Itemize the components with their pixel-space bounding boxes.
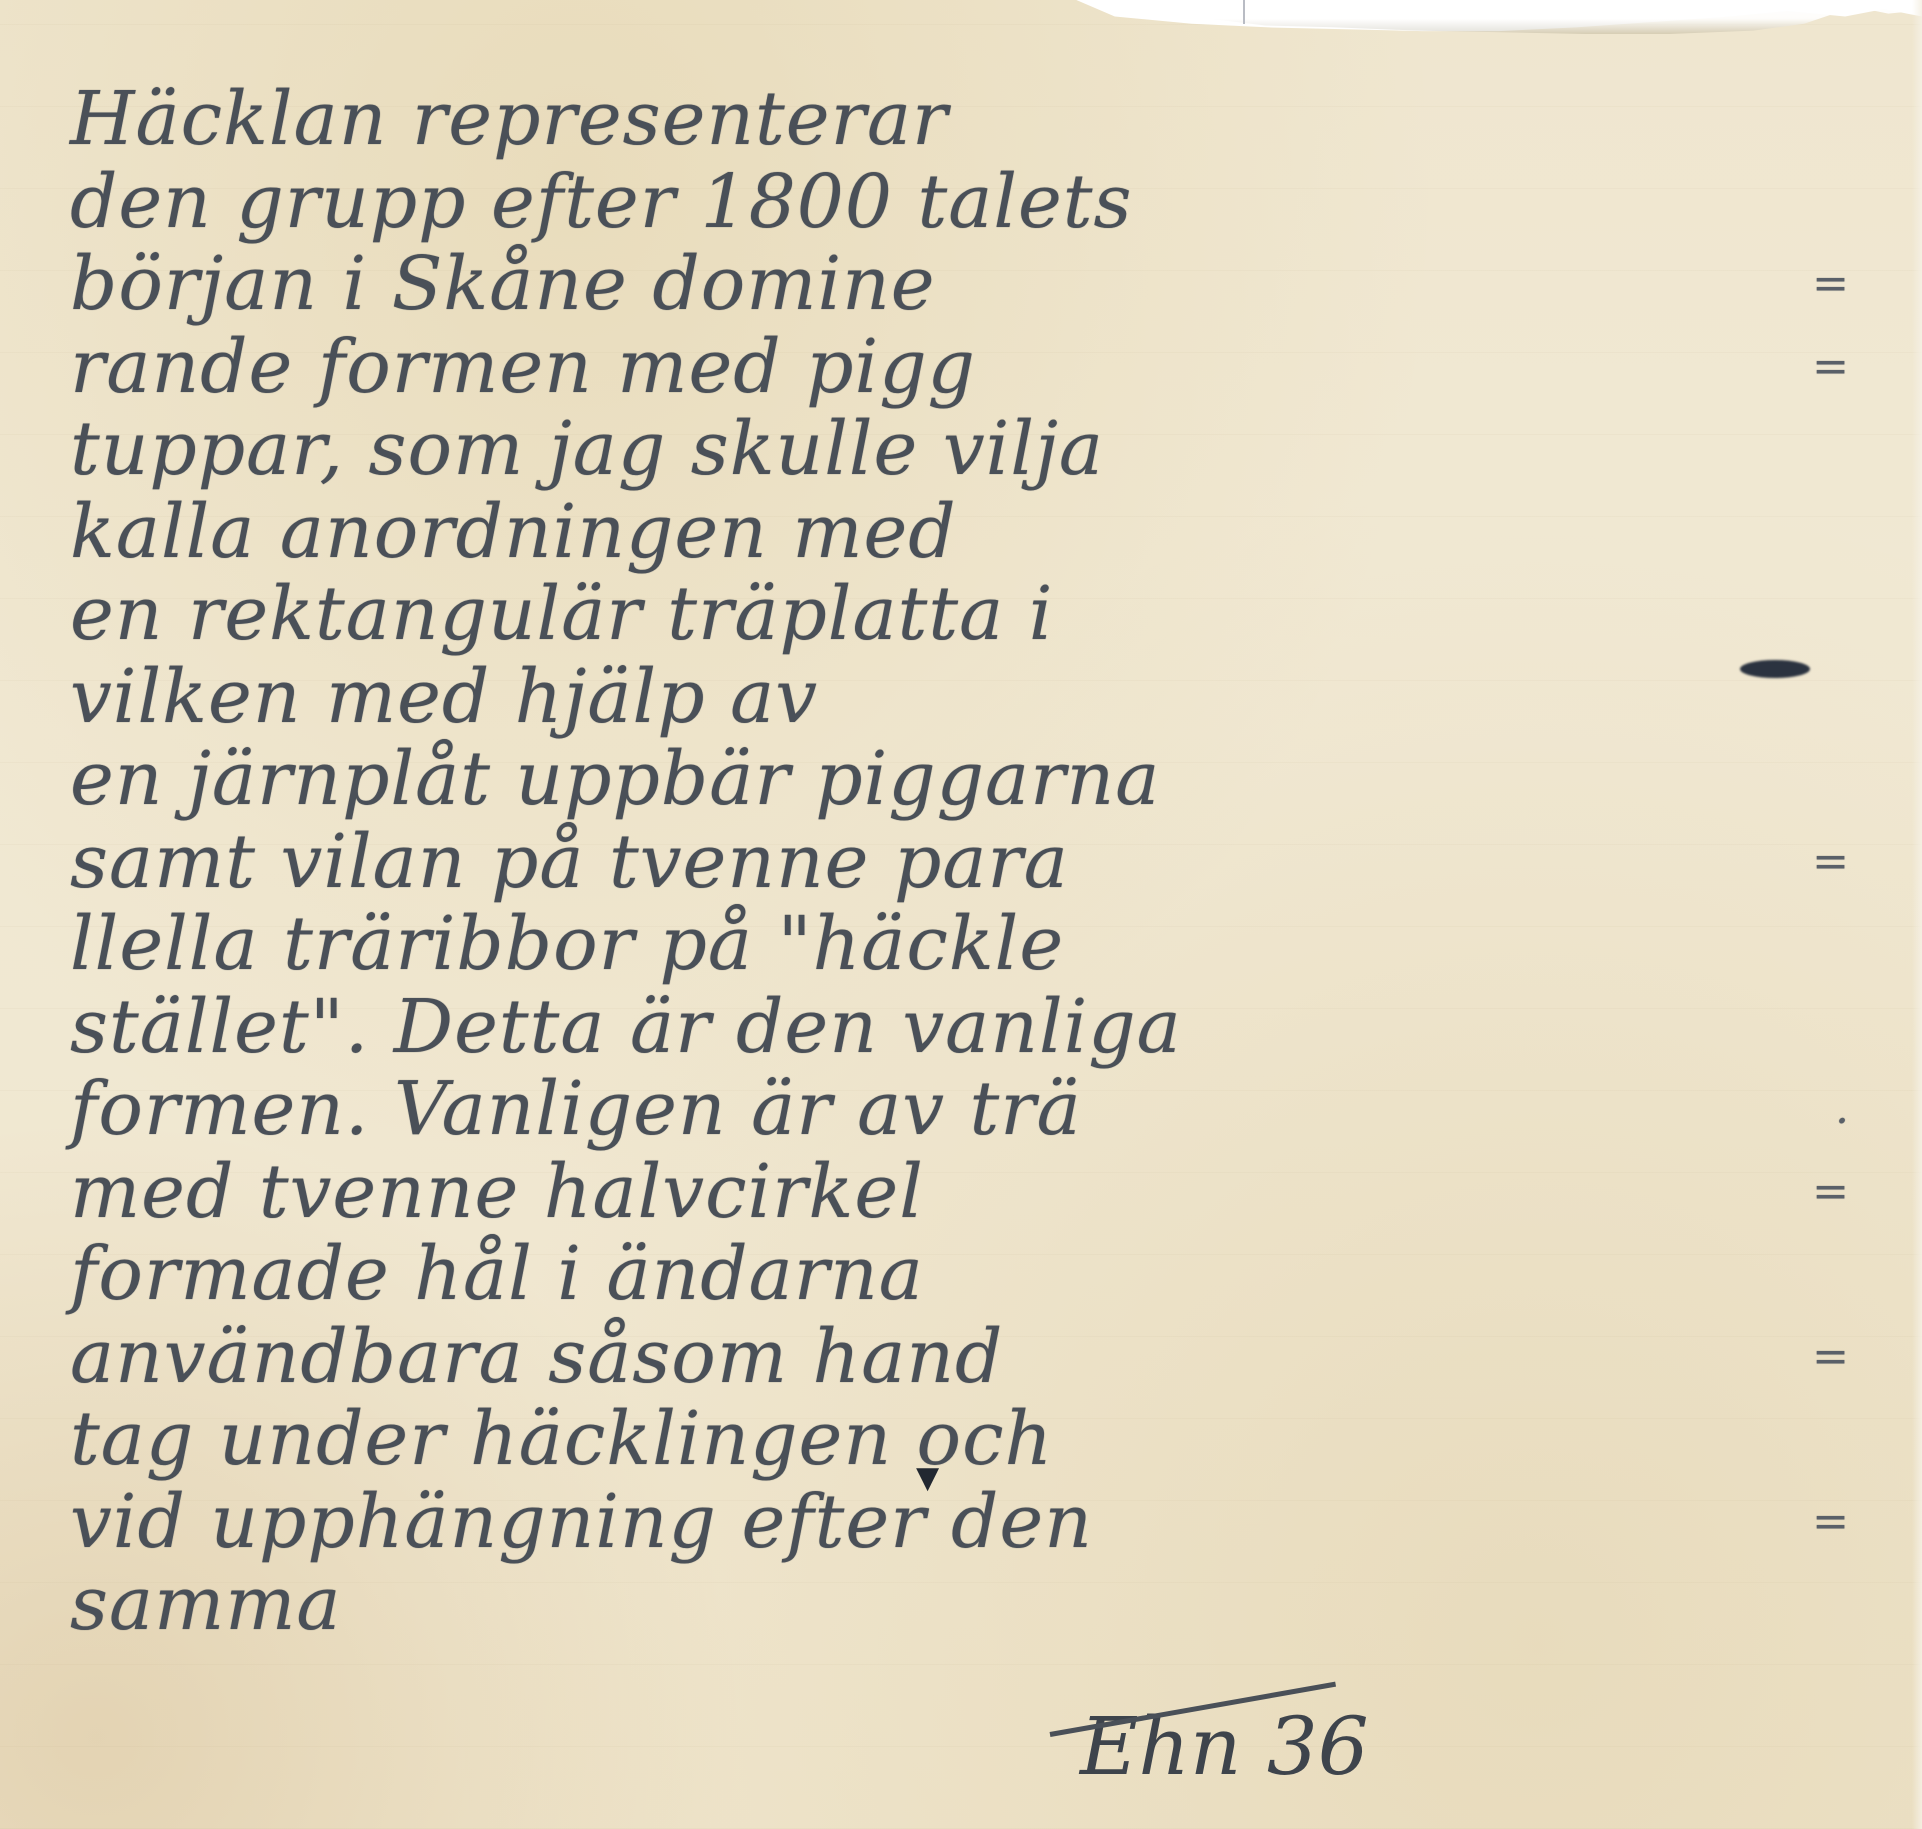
ink-blot — [1740, 660, 1810, 678]
text-line: llella träribbor på "häckle — [70, 903, 1890, 986]
hyphen-mark: = — [1812, 821, 1850, 904]
text-line: tag under häcklingen och — [70, 1398, 1890, 1481]
text-line: samt vilan på tvenne para= — [70, 821, 1890, 904]
hyphen-mark: = — [1812, 326, 1850, 409]
text-line: kalla anordningen med — [70, 491, 1890, 574]
insertion-caret-icon: ▲ — [916, 1464, 939, 1499]
text-line: formade hål i ändarna — [70, 1233, 1890, 1316]
hyphen-mark: = — [1812, 1481, 1850, 1564]
paper-edge — [1912, 0, 1922, 1829]
text-line: rande formen med pigg= — [70, 326, 1890, 409]
hyphen-mark: = — [1812, 1316, 1850, 1399]
mounting-pin — [1243, 0, 1245, 24]
text-line: Häcklan representerar — [70, 78, 1890, 161]
text-line: stället". Detta är den vanliga — [70, 986, 1890, 1069]
text-line: vid upphängning efter den= — [70, 1481, 1890, 1564]
text-line: formen. Vanligen är av trä. — [70, 1068, 1890, 1151]
signature: Ehn 36 — [1080, 1700, 1369, 1793]
period-mark: . — [1835, 1068, 1850, 1151]
text-line: med tvenne halvcirkel= — [70, 1151, 1890, 1234]
text-line: början i Skåne domine= — [70, 243, 1890, 326]
text-line: en rektangulär träplatta i — [70, 573, 1890, 656]
text-line: tuppar, som jag skulle vilja — [70, 408, 1890, 491]
handwritten-text: Häcklan representerar den grupp efter 18… — [70, 78, 1890, 1646]
text-line: den grupp efter 1800 talets — [70, 161, 1890, 244]
text-line: en järnplåt uppbär piggarna — [70, 738, 1890, 821]
text-line: användbara såsom hand= — [70, 1316, 1890, 1399]
hyphen-mark: = — [1812, 243, 1850, 326]
hyphen-mark: = — [1812, 1151, 1850, 1234]
text-line: samma — [70, 1563, 1890, 1646]
text-line: vilken med hjälp av — [70, 656, 1890, 739]
